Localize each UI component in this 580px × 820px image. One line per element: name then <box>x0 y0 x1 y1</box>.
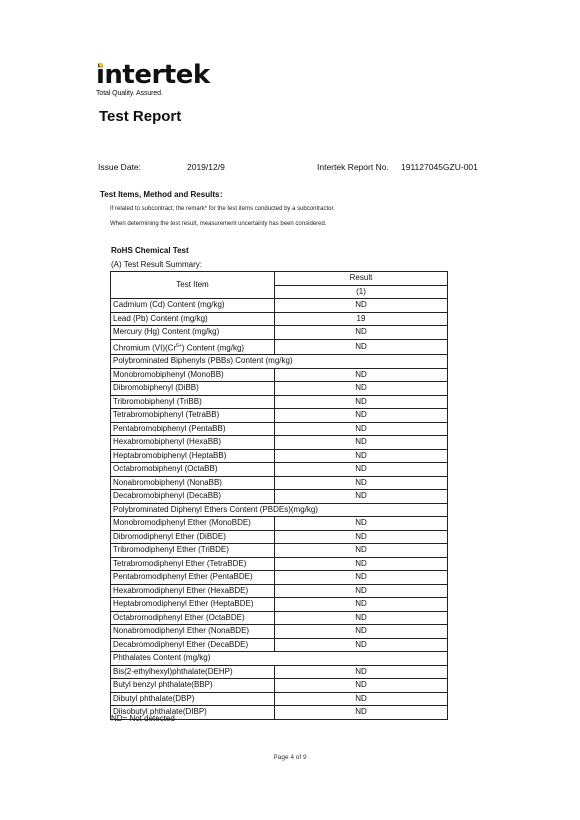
test-item-cell: Cadmium (Cd) Content (mg/kg) <box>111 299 275 313</box>
report-no-value: 191127045GZU-001 <box>401 162 478 172</box>
test-item-cell: Octabromodiphenyl Ether (OctaBDE) <box>111 611 275 625</box>
test-item-cell: Dibromobiphenyl (DiBB) <box>111 382 275 396</box>
test-item-cell: Chromium (VI)(Cr6+) Content (mg/kg) <box>111 339 275 355</box>
result-cell: ND <box>275 571 448 585</box>
test-item-cell: Mercury (Hg) Content (mg/kg) <box>111 326 275 340</box>
result-cell: ND <box>275 476 448 490</box>
result-cell: ND <box>275 557 448 571</box>
result-cell: ND <box>275 368 448 382</box>
table-row: Pentabromodiphenyl Ether (PentaBDE)ND <box>111 571 448 585</box>
group-label: Polybrominated Biphenyls (PBBs) Content … <box>111 355 448 369</box>
logo-dot-icon <box>99 63 103 67</box>
test-item-cell: Pentabromodiphenyl Ether (PentaBDE) <box>111 571 275 585</box>
table-row: Tribromodiphenyl Ether (TriBDE)ND <box>111 544 448 558</box>
issue-date-label: Issue Date: <box>98 162 141 172</box>
table-row: Hexabromodiphenyl Ether (HexaBDE)ND <box>111 584 448 598</box>
table-header-row: Test Item Result <box>111 272 448 286</box>
table-row: Mercury (Hg) Content (mg/kg)ND <box>111 326 448 340</box>
test-item-cell: Hexabromobiphenyl (HexaBB) <box>111 436 275 450</box>
table-row: Heptabromodiphenyl Ether (HeptaBDE)ND <box>111 598 448 612</box>
result-cell: ND <box>275 326 448 340</box>
result-cell: ND <box>275 382 448 396</box>
table-row: Dibutyl phthalate(DBP)ND <box>111 692 448 706</box>
test-item-cell: Hexabromodiphenyl Ether (HexaBDE) <box>111 584 275 598</box>
test-item-cell: Dibutyl phthalate(DBP) <box>111 692 275 706</box>
table-group-row: Polybrominated Diphenyl Ethers Content (… <box>111 503 448 517</box>
header-test-item: Test Item <box>111 272 275 299</box>
test-item-cell: Tribromodiphenyl Ether (TriBDE) <box>111 544 275 558</box>
table-row: Dibromodiphenyl Ether (DiBDE)ND <box>111 530 448 544</box>
result-cell: ND <box>275 517 448 531</box>
result-cell: ND <box>275 490 448 504</box>
test-item-cell: Lead (Pb) Content (mg/kg) <box>111 312 275 326</box>
brand-tagline: Total Quality. Assured. <box>96 90 210 97</box>
table-row: Bis(2-ethylhexyl)phthalate(DEHP)ND <box>111 665 448 679</box>
result-cell: ND <box>275 706 448 720</box>
group-label: Polybrominated Diphenyl Ethers Content (… <box>111 503 448 517</box>
test-item-cell: Monobromobiphenyl (MonoBB) <box>111 368 275 382</box>
note-uncertainty: When determining the test result, measur… <box>110 221 326 227</box>
logo-wordmark: intertek <box>96 62 210 88</box>
test-item-cell: Tribromobiphenyl (TriBB) <box>111 395 275 409</box>
table-row: Cadmium (Cd) Content (mg/kg)ND <box>111 299 448 313</box>
table-row: Tetrabromodiphenyl Ether (TetraBDE)ND <box>111 557 448 571</box>
test-item-cell: Bis(2-ethylhexyl)phthalate(DEHP) <box>111 665 275 679</box>
table-row: Heptabromobiphenyl (HeptaBB)ND <box>111 449 448 463</box>
result-cell: ND <box>275 436 448 450</box>
footnote: ND= Not detected <box>111 714 175 723</box>
result-cell: ND <box>275 449 448 463</box>
table-group-row: Phthalates Content (mg/kg) <box>111 652 448 666</box>
test-item-cell: Octabromobiphenyl (OctaBB) <box>111 463 275 477</box>
result-cell: ND <box>275 299 448 313</box>
section-title: Test Items, Method and Results： <box>100 189 227 200</box>
result-cell: ND <box>275 665 448 679</box>
result-cell: ND <box>275 584 448 598</box>
result-cell: ND <box>275 625 448 639</box>
table-row: Hexabromobiphenyl (HexaBB)ND <box>111 436 448 450</box>
note-subcontract: If related to subcontract, the remark* f… <box>110 206 335 212</box>
result-cell: ND <box>275 395 448 409</box>
intertek-logo: intertek Total Quality. Assured. <box>96 62 210 97</box>
table-row: Nonabromobiphenyl (NonaBB)ND <box>111 476 448 490</box>
table-row: Tribromobiphenyl (TriBB)ND <box>111 395 448 409</box>
test-item-cell: Decabromodiphenyl Ether (DecaBDE) <box>111 638 275 652</box>
table-row: Decabromobiphenyl (DecaBB)ND <box>111 490 448 504</box>
test-name: RoHS Chemical Test <box>111 246 189 255</box>
table-row: Pentabromobiphenyl (PentaBB)ND <box>111 422 448 436</box>
result-cell: ND <box>275 463 448 477</box>
page-title: Test Report <box>99 108 181 125</box>
test-item-cell: Dibromodiphenyl Ether (DiBDE) <box>111 530 275 544</box>
table-row: Octabromodiphenyl Ether (OctaBDE)ND <box>111 611 448 625</box>
table-row: Chromium (VI)(Cr6+) Content (mg/kg)ND <box>111 339 448 355</box>
table-row: Decabromodiphenyl Ether (DecaBDE)ND <box>111 638 448 652</box>
test-item-cell: Decabromobiphenyl (DecaBB) <box>111 490 275 504</box>
brand-name: intertek <box>96 60 210 90</box>
test-item-cell: Tetrabromodiphenyl Ether (TetraBDE) <box>111 557 275 571</box>
result-cell: ND <box>275 409 448 423</box>
report-no-label: Intertek Report No. <box>317 162 389 172</box>
table-row: Nonabromodiphenyl Ether (NonaBDE)ND <box>111 625 448 639</box>
result-cell: ND <box>275 611 448 625</box>
result-cell: 19 <box>275 312 448 326</box>
header-sample-1: (1) <box>275 285 448 299</box>
test-item-cell: Tetrabromobiphenyl (TetraBB) <box>111 409 275 423</box>
page-number: Page 4 of 9 <box>0 754 580 761</box>
group-label: Phthalates Content (mg/kg) <box>111 652 448 666</box>
test-item-cell: Butyl benzyl phthalate(BBP) <box>111 679 275 693</box>
test-item-cell: Pentabromobiphenyl (PentaBB) <box>111 422 275 436</box>
summary-label: (A) Test Result Summary: <box>111 260 202 269</box>
issue-date-value: 2019/12/9 <box>187 162 225 172</box>
table-row: Monobromobiphenyl (MonoBB)ND <box>111 368 448 382</box>
test-item-cell: Heptabromodiphenyl Ether (HeptaBDE) <box>111 598 275 612</box>
result-cell: ND <box>275 544 448 558</box>
table-row: Octabromobiphenyl (OctaBB)ND <box>111 463 448 477</box>
result-cell: ND <box>275 638 448 652</box>
result-cell: ND <box>275 339 448 355</box>
table-row: Lead (Pb) Content (mg/kg)19 <box>111 312 448 326</box>
results-table: Test Item Result (1) Cadmium (Cd) Conten… <box>110 271 448 720</box>
result-cell: ND <box>275 598 448 612</box>
result-cell: ND <box>275 530 448 544</box>
test-item-cell: Nonabromodiphenyl Ether (NonaBDE) <box>111 625 275 639</box>
table-row: Dibromobiphenyl (DiBB)ND <box>111 382 448 396</box>
test-item-cell: Monobromodiphenyl Ether (MonoBDE) <box>111 517 275 531</box>
table-row: Butyl benzyl phthalate(BBP)ND <box>111 679 448 693</box>
header-result: Result <box>275 272 448 286</box>
result-cell: ND <box>275 679 448 693</box>
table-row: Monobromodiphenyl Ether (MonoBDE)ND <box>111 517 448 531</box>
result-cell: ND <box>275 422 448 436</box>
test-item-cell: Heptabromobiphenyl (HeptaBB) <box>111 449 275 463</box>
result-cell: ND <box>275 692 448 706</box>
table-group-row: Polybrominated Biphenyls (PBBs) Content … <box>111 355 448 369</box>
table-row: Tetrabromobiphenyl (TetraBB)ND <box>111 409 448 423</box>
test-item-cell: Nonabromobiphenyl (NonaBB) <box>111 476 275 490</box>
